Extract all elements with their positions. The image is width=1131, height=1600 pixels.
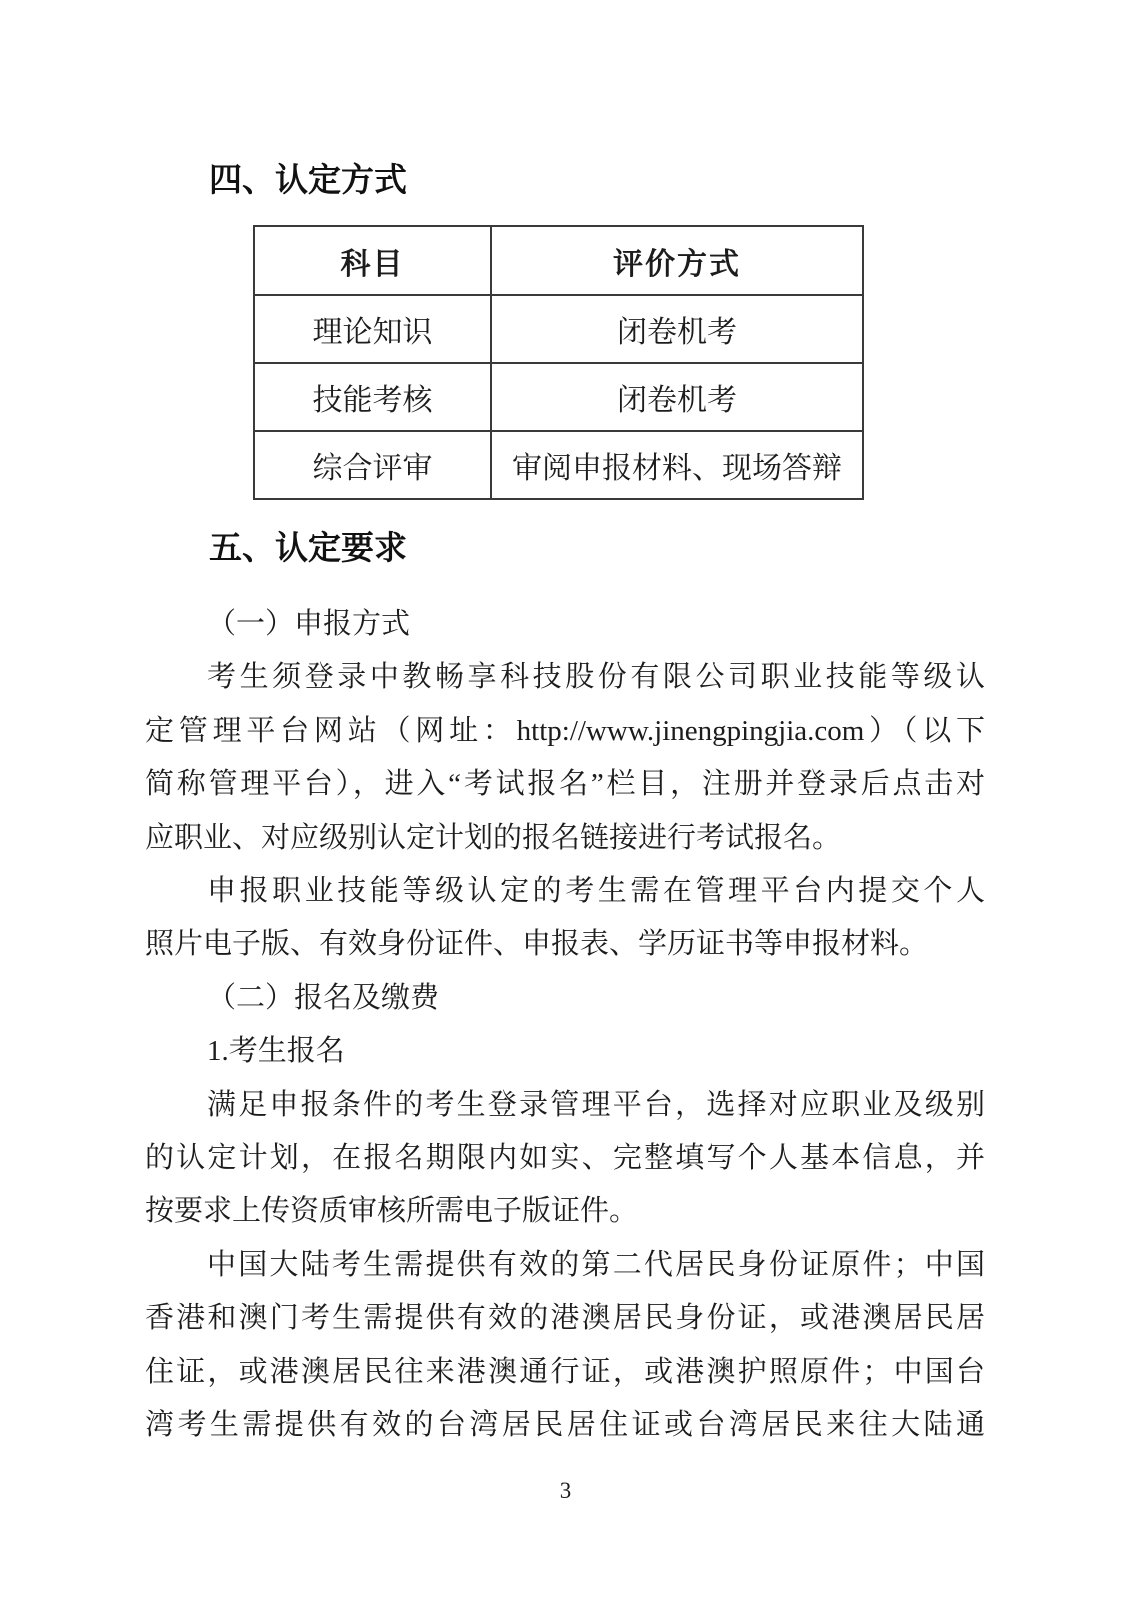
table-cell-method: 审阅申报材料、现场答辩 [491,431,863,499]
section-five-body-text: （一）申报方式考生须登录中教畅享科技股份有限公司职业技能等级认定管理平台网站（网… [145,598,985,1453]
body-line: 住证，或港澳居民往来港澳通行证，或港澳护照原件；中国台 [145,1346,985,1399]
body-line: 考生须登录中教畅享科技股份有限公司职业技能等级认 [145,651,985,704]
body-line: 的认定计划，在报名期限内如实、完整填写个人基本信息，并 [145,1132,985,1185]
page-number: 3 [0,1478,1131,1504]
evaluation-method-table: 科目 评价方式 理论知识闭卷机考技能考核闭卷机考综合评审审阅申报材料、现场答辩 [253,225,864,500]
body-line: （一）申报方式 [145,598,985,651]
table-cell-method: 闭卷机考 [491,295,863,363]
document-page: 四、认定方式 科目 评价方式 理论知识闭卷机考技能考核闭卷机考综合评审审阅申报材… [0,0,1131,1600]
body-line: 1.考生报名 [145,1025,985,1078]
table-header-subject: 科目 [254,226,491,295]
table-cell-subject: 技能考核 [254,363,491,431]
body-line: 简称管理平台），进入“考试报名”栏目，注册并登录后点击对 [145,758,985,811]
table-cell-subject: 综合评审 [254,431,491,499]
body-line: （二）报名及缴费 [145,972,985,1025]
table-cell-method: 闭卷机考 [491,363,863,431]
body-line: 满足申报条件的考生登录管理平台，选择对应职业及级别 [145,1079,985,1132]
body-line: 湾考生需提供有效的台湾居民居住证或台湾居民来往大陆通 [145,1399,985,1452]
table-cell-subject: 理论知识 [254,295,491,363]
table-header-row: 科目 评价方式 [254,226,863,295]
body-line: 照片电子版、有效身份证件、申报表、学历证书等申报材料。 [145,918,985,971]
section-five-heading: 五、认定要求 [209,528,407,568]
body-line: 香港和澳门考生需提供有效的港澳居民身份证，或港澳居民居 [145,1292,985,1345]
body-line: 定管理平台网站（网址：http://www.jinengpingjia.com）… [145,705,985,758]
body-line: 申报职业技能等级认定的考生需在管理平台内提交个人 [145,865,985,918]
body-line: 中国大陆考生需提供有效的第二代居民身份证原件；中国 [145,1239,985,1292]
section-four-heading: 四、认定方式 [209,160,407,200]
table-row: 技能考核闭卷机考 [254,363,863,431]
table-header-evaluation-method: 评价方式 [491,226,863,295]
table-row: 理论知识闭卷机考 [254,295,863,363]
table-row: 综合评审审阅申报材料、现场答辩 [254,431,863,499]
body-line: 按要求上传资质审核所需电子版证件。 [145,1185,985,1238]
body-line: 应职业、对应级别认定计划的报名链接进行考试报名。 [145,812,985,865]
